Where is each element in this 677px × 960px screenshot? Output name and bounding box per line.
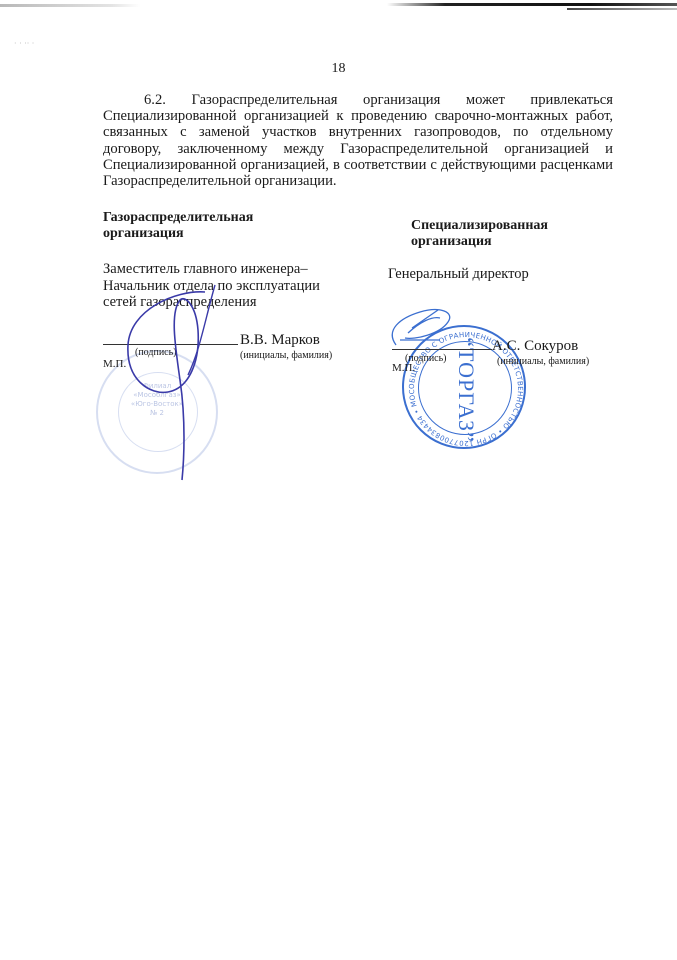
left-party-position: Заместитель главного инженера–Начальник … [103,261,343,311]
left-name-label: (инициалы, фамилия) [240,350,332,361]
right-signature-line [392,349,492,350]
clause-6-2-paragraph: 6.2. Газораспределительная организация м… [103,92,613,189]
left-signature-line [103,344,238,345]
left-stamp-text: Филиал «Мособлгаз» «Юго-Восток» № 2 [98,382,216,418]
right-name-label: (инициалы, фамилия) [497,356,589,367]
left-seal-label: М.П. [103,359,126,370]
right-seal-label: М.П. [392,363,415,374]
scan-edge-top-right [387,3,677,6]
stamp-company-name: “ТОРГАЗ” [453,337,479,443]
scan-edge-top-left [0,4,140,7]
stamp-center: “ТОРГАЗ” [442,355,490,425]
right-party-position: Генеральный директор [388,266,588,283]
scan-edge-top-right-2 [567,8,677,10]
scan-speck: · · ·· · [14,39,34,48]
left-signature-label: (подпись) [135,347,177,358]
right-party-title: Специализированная организация [411,218,591,250]
left-party-title: Газораспределительная организация [103,210,303,242]
page-number: 18 [0,61,677,77]
right-signatory-name: А.С. Сокуров [492,338,578,354]
left-signatory-name: В.В. Марков [240,332,320,348]
